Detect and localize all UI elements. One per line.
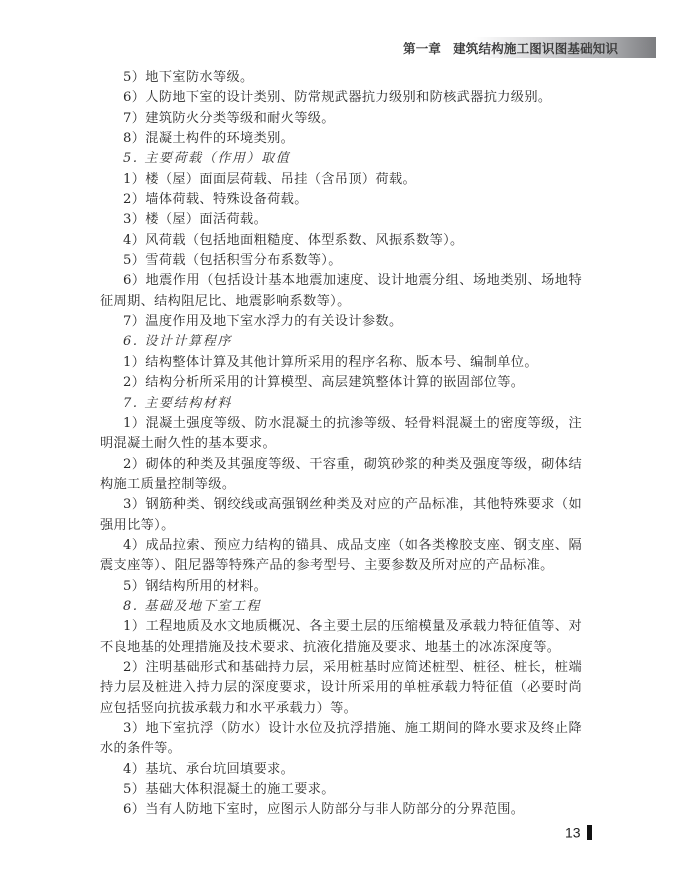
list-item: 4）风荷载（包括地面粗糙度、体型系数、风振系数等）。 <box>100 231 582 251</box>
section-heading: 6. 设计计算程序 <box>100 332 582 352</box>
list-item: 4）成品拉索、预应力结构的锚具、成品支座（如各类橡胶支座、钢支座、隔震支座等）、… <box>100 536 582 577</box>
page-number: 13 <box>565 825 581 841</box>
list-item: 4）基坑、承台坑回填要求。 <box>100 760 582 780</box>
list-item: 2）注明基础形式和基础持力层，采用桩基时应简述桩型、桩径、桩长，桩端持力层及桩进… <box>100 658 582 719</box>
chapter-label: 第一章 <box>403 41 441 56</box>
list-item: 3）钢筋种类、钢绞线或高强钢丝种类及对应的产品标准，其他特殊要求（如强用比等）。 <box>100 495 582 536</box>
list-item: 8）混凝土构件的环境类别。 <box>100 129 582 149</box>
list-item: 2）结构分析所采用的计算模型、高层建筑整体计算的嵌固部位等。 <box>100 373 582 393</box>
list-item: 5）钢结构所用的材料。 <box>100 577 582 597</box>
list-item: 6）地震作用（包括设计基本地震加速度、设计地震分组、场地类别、场地特征周期、结构… <box>100 271 582 312</box>
list-item: 7）建筑防火分类等级和耐火等级。 <box>100 109 582 129</box>
list-item: 2）砌体的种类及其强度等级、干容重，砌筑砂浆的种类及强度等级，砌体结构施工质量控… <box>100 455 582 496</box>
list-item: 5）基础大体积混凝土的施工要求。 <box>100 780 582 800</box>
list-item: 3）楼（屋）面活荷载。 <box>100 210 582 230</box>
list-item: 1）楼（屋）面面层荷载、吊挂（含吊顶）荷载。 <box>100 170 582 190</box>
list-item: 3）地下室抗浮（防水）设计水位及抗浮措施、施工期间的降水要求及终止降水的条件等。 <box>100 719 582 760</box>
page-footer: 13 <box>565 822 592 838</box>
list-item: 5）地下室防水等级。 <box>100 68 582 88</box>
list-item: 1）工程地质及水文地质概况、各主要土层的压缩模量及承载力特征值等、对不良地基的处… <box>100 617 582 658</box>
page-marker-bar <box>587 825 592 840</box>
list-item: 2）墙体荷载、特殊设备荷载。 <box>100 190 582 210</box>
list-item: 1）结构整体计算及其他计算所采用的程序名称、版本号、编制单位。 <box>100 353 582 373</box>
section-heading: 5. 主要荷载（作用）取值 <box>100 149 582 169</box>
body-text: 5）地下室防水等级。6）人防地下室的设计类别、防常规武器抗力级别和防核武器抗力级… <box>100 68 582 821</box>
section-heading: 7. 主要结构材料 <box>100 394 582 414</box>
list-item: 6）人防地下室的设计类别、防常规武器抗力级别和防核武器抗力级别。 <box>100 88 582 108</box>
list-item: 6）当有人防地下室时，应图示人防部分与非人防部分的分界范围。 <box>100 800 582 820</box>
chapter-title: 第一章建筑结构施工图识图基础知识 <box>403 39 618 57</box>
running-header: 第一章建筑结构施工图识图基础知识 <box>400 37 656 58</box>
list-item: 5）雪荷载（包括积雪分布系数等）。 <box>100 251 582 271</box>
section-heading: 8. 基础及地下室工程 <box>100 597 582 617</box>
chapter-name: 建筑结构施工图识图基础知识 <box>453 41 618 56</box>
list-item: 1）混凝土强度等级、防水混凝土的抗渗等级、轻骨料混凝土的密度等级，注明混凝土耐久… <box>100 414 582 455</box>
list-item: 7）温度作用及地下室水浮力的有关设计参数。 <box>100 312 582 332</box>
